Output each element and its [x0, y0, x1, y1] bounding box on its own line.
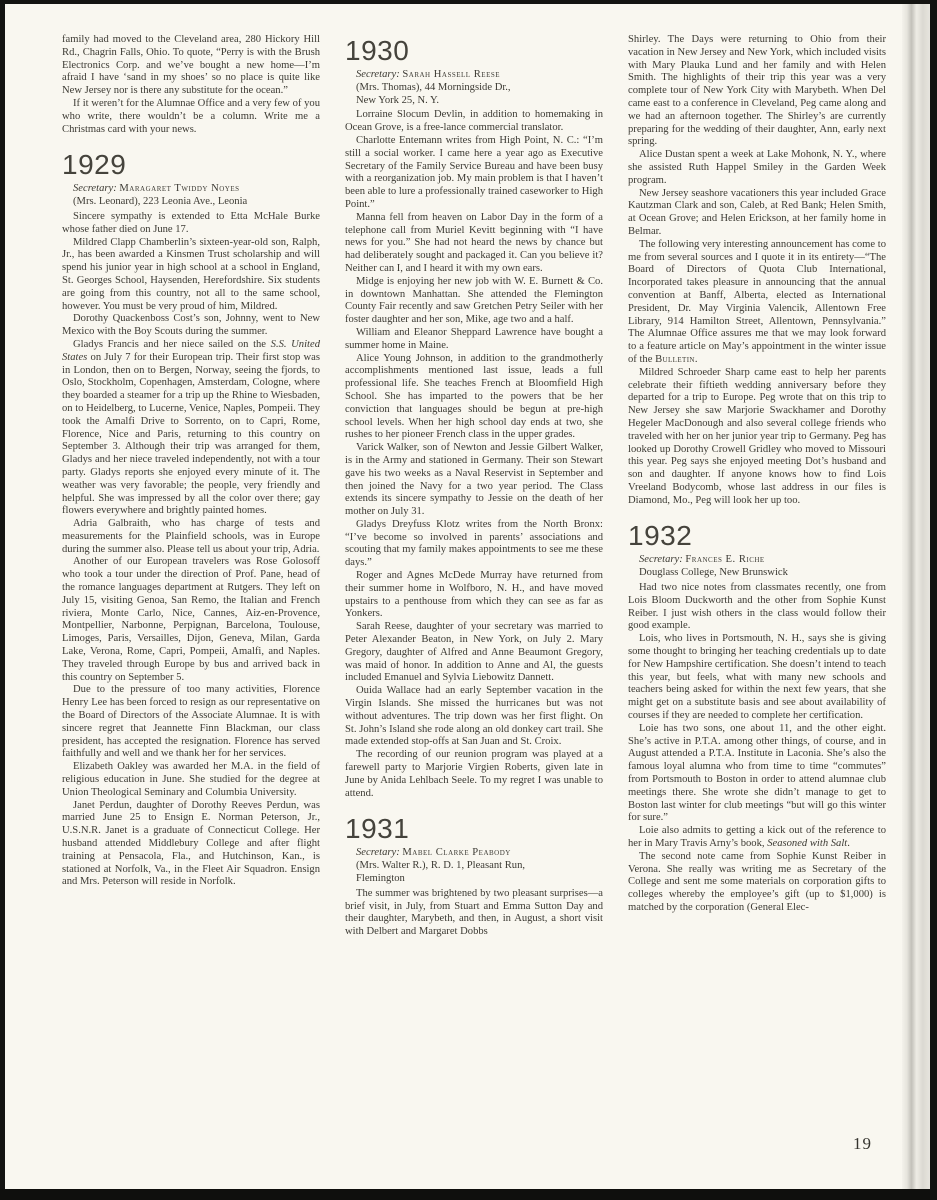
secretary-name: Mabel Clarke Peabody: [402, 847, 510, 858]
scan-edge-bottom: [0, 1189, 937, 1200]
address-line: Douglass College, New Brunswick: [639, 567, 886, 580]
paragraph: Elizabeth Oakley was awarded her M.A. in…: [62, 761, 320, 799]
paragraph: Sarah Reese, daughter of your secretary …: [345, 621, 603, 685]
paragraph: The second note came from Sophie Kunst R…: [628, 851, 886, 915]
secretary-block: Secretary: Maragaret Twiddy Noyes (Mrs. …: [62, 183, 320, 209]
secretary-line: Secretary: Maragaret Twiddy Noyes: [73, 183, 320, 196]
secretary-label: Secretary:: [356, 847, 400, 858]
address-line: (Mrs. Leonard), 223 Leonia Ave., Leonia: [73, 196, 320, 209]
scan-edge-right: [930, 0, 937, 1200]
paragraph: Lorraine Slocum Devlin, in addition to h…: [345, 109, 603, 135]
italic-book-title: Seasoned with Salt: [767, 838, 847, 849]
scan-gutter-shadow: [902, 0, 930, 1200]
scan-edge-left: [0, 0, 5, 1200]
secretary-label: Secretary:: [73, 183, 117, 194]
smallcaps-bulletin: Bulletin: [655, 354, 695, 365]
paragraph: Another of our European travelers was Ro…: [62, 556, 320, 684]
text-column-middle: 1930 Secretary: Sarah Hassell Reese (Mrs…: [345, 34, 603, 939]
paragraph: Loie has two sons, one about 11, and the…: [628, 723, 886, 825]
paragraph: Roger and Agnes McDede Murray have retur…: [345, 570, 603, 621]
paragraph: Ouida Wallace had an early September vac…: [345, 685, 603, 749]
secretary-label: Secretary:: [356, 69, 400, 80]
scan-edge-top: [0, 0, 937, 4]
year-heading-1929: 1929: [62, 150, 320, 180]
secretary-block: Secretary: Mabel Clarke Peabody (Mrs. Wa…: [345, 847, 603, 885]
text-column-left: family had moved to the Cleveland area, …: [62, 34, 320, 889]
paragraph: William and Eleanor Sheppard Lawrence ha…: [345, 327, 603, 353]
paragraph: Varick Walker, son of Newton and Jessie …: [345, 442, 603, 519]
paragraph: Gladys Dreyfuss Klotz writes from the No…: [345, 519, 603, 570]
secretary-line: Secretary: Sarah Hassell Reese: [356, 69, 603, 82]
address-line: Flemington: [356, 873, 603, 886]
paragraph: Mildred Schroeder Sharp came east to hel…: [628, 367, 886, 508]
paragraph: The following very interesting announcem…: [628, 239, 886, 367]
paragraph: Dorothy Quackenboss Cost’s son, Johnny, …: [62, 313, 320, 339]
address-line: New York 25, N. Y.: [356, 95, 603, 108]
paragraph: Alice Dustan spent a week at Lake Mohonk…: [628, 149, 886, 187]
year-heading-1931: 1931: [345, 814, 603, 844]
text-column-right: Shirley. The Days were returning to Ohio…: [628, 34, 886, 915]
paragraph: Due to the pressure of too many activiti…: [62, 684, 320, 761]
address-line: (Mrs. Walter R.), R. D. 1, Pleasant Run,: [356, 860, 603, 873]
paragraph: Adria Galbraith, who has charge of tests…: [62, 518, 320, 556]
paragraph: Midge is enjoying her new job with W. E.…: [345, 276, 603, 327]
paragraph: Loie also admits to getting a kick out o…: [628, 825, 886, 851]
paragraph: If it weren’t for the Alumnae Office and…: [62, 98, 320, 136]
secretary-block: Secretary: Sarah Hassell Reese (Mrs. Tho…: [345, 69, 603, 107]
paragraph: Gladys Francis and her niece sailed on t…: [62, 339, 320, 518]
paragraph: Lois, who lives in Portsmouth, N. H., sa…: [628, 633, 886, 723]
secretary-name: Sarah Hassell Reese: [402, 69, 500, 80]
paragraph: Manna fell from heaven on Labor Day in t…: [345, 212, 603, 276]
secretary-line: Secretary: Frances E. Riche: [639, 554, 886, 567]
secretary-block: Secretary: Frances E. Riche Douglass Col…: [628, 554, 886, 580]
paragraph: New Jersey seashore vacationers this yea…: [628, 188, 886, 239]
secretary-name: Frances E. Riche: [685, 554, 764, 565]
paragraph: Shirley. The Days were returning to Ohio…: [628, 34, 886, 149]
paragraph: Sincere sympathy is extended to Etta McH…: [62, 211, 320, 237]
year-heading-1930: 1930: [345, 36, 603, 66]
paragraph: family had moved to the Cleveland area, …: [62, 34, 320, 98]
page-number: 19: [853, 1134, 872, 1154]
paragraph: The summer was brightened by two pleasan…: [345, 888, 603, 939]
secretary-name: Maragaret Twiddy Noyes: [119, 183, 239, 194]
secretary-line: Secretary: Mabel Clarke Peabody: [356, 847, 603, 860]
paragraph: The recording of our reunion program was…: [345, 749, 603, 800]
year-heading-1932: 1932: [628, 521, 886, 551]
scanned-magazine-page: { "page_number": "19", "col1": { "cont1"…: [0, 0, 937, 1200]
paragraph: Janet Perdun, daughter of Dorothy Reeves…: [62, 800, 320, 890]
paragraph: Had two nice notes from classmates recen…: [628, 582, 886, 633]
address-line: (Mrs. Thomas), 44 Morningside Dr.,: [356, 82, 603, 95]
paragraph: Mildred Clapp Chamberlin’s sixteen-year-…: [62, 237, 320, 314]
paragraph: Alice Young Johnson, in addition to the …: [345, 353, 603, 443]
secretary-label: Secretary:: [639, 554, 683, 565]
paragraph: Charlotte Entemann writes from High Poin…: [345, 135, 603, 212]
